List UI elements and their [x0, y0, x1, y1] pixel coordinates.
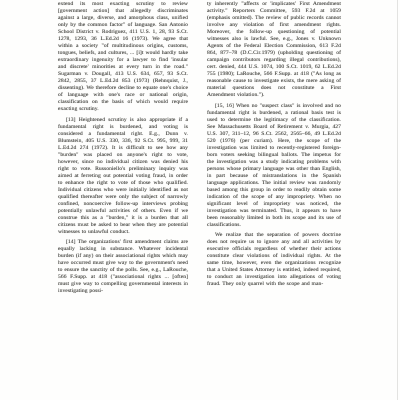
left-paragraph-14: [14] The organizations' first amendment … [58, 239, 188, 295]
page-edge-line [397, 0, 398, 400]
right-paragraph-separation-of-powers: We realize that the separation of powers… [207, 232, 341, 288]
document-page: extend its most exacting scrutiny to rev… [0, 0, 400, 400]
right-paragraph-continuation: ty inherently "affects or 'implicates' F… [207, 1, 341, 99]
left-paragraph-continuation: extend its most exacting scrutiny to rev… [58, 1, 188, 113]
right-text-column: ty inherently "affects or 'implicates' F… [207, 1, 341, 288]
right-paragraph-15-16: [15, 16] When no "suspect class" is invo… [207, 103, 341, 229]
left-paragraph-13: [13] Heightened scrutiny is also appropr… [58, 117, 188, 236]
left-text-column: extend its most exacting scrutiny to rev… [58, 1, 188, 295]
